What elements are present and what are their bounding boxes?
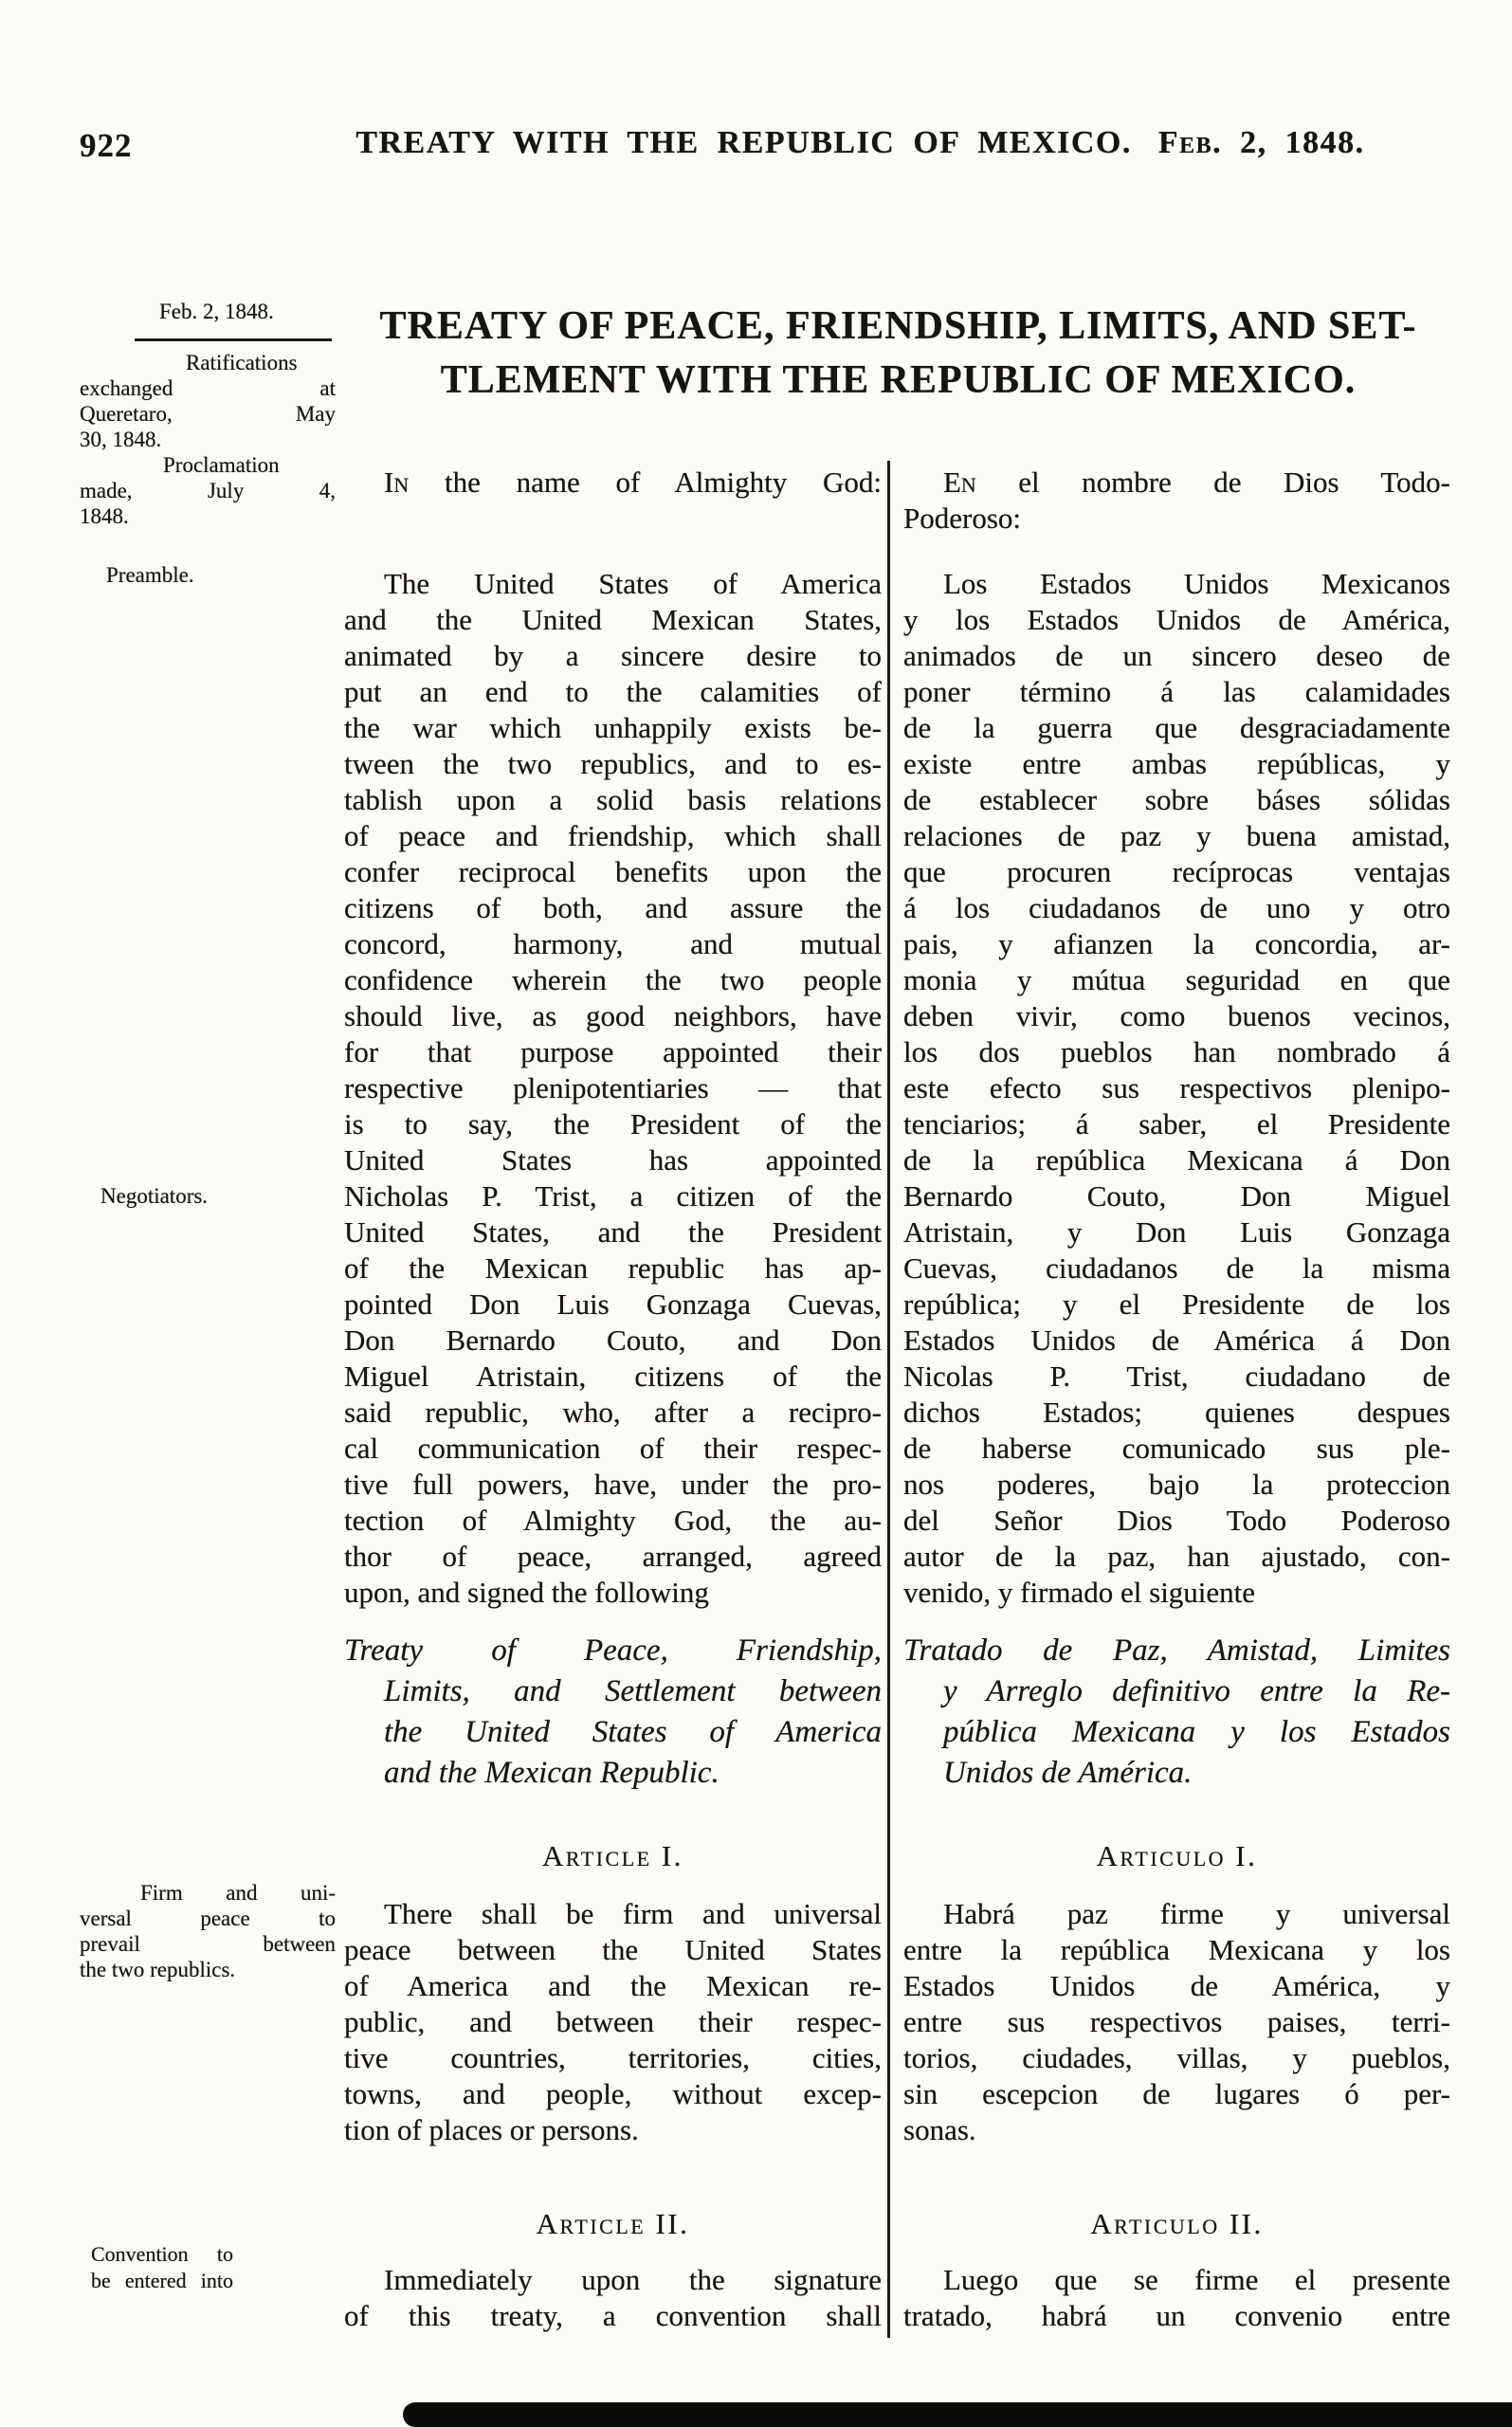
- text-line: of the Mexican republic has ap-: [344, 1250, 882, 1286]
- text-line: Don Bernardo Couto, and Don: [344, 1323, 882, 1359]
- text-line: There shall be firm and universal: [344, 1896, 882, 1932]
- text-line: Limits, and Settlement between: [344, 1671, 882, 1712]
- text-line: pointed Don Luis Gonzaga Cuevas,: [344, 1286, 882, 1323]
- text-line: tratado, habrá un convenio entre: [903, 2298, 1450, 2334]
- text-line: nos poderes, bajo la proteccion: [903, 1467, 1450, 1503]
- text-line: prevail between: [80, 1931, 336, 1957]
- text-line: de la república Mexicana á Don: [903, 1142, 1450, 1178]
- text-line: animated by a sincere desire to: [344, 638, 882, 674]
- text-line: peace between the United States: [344, 1932, 882, 1968]
- invocation-text: the name of Almighty God:: [409, 465, 882, 499]
- margin-label-preamble: Preamble.: [106, 562, 194, 588]
- invocation-text: el nombre de Dios Todo-: [976, 465, 1450, 499]
- text-line: confidence wherein the two people: [344, 962, 882, 998]
- text-line: confer reciprocal benefits upon the: [344, 854, 882, 890]
- text-line: tablish upon a solid basis relations: [344, 782, 882, 818]
- text-line: the two republics.: [80, 1957, 336, 1982]
- text-line: animados de un sincero deseo de: [903, 638, 1450, 674]
- running-header: TREATY WITH THE REPUBLIC OF MEXICO.Feb. …: [270, 125, 1450, 161]
- text-line: Estados Unidos de América, y: [903, 1968, 1450, 2004]
- text-line: que procuren recíprocas ventajas: [903, 854, 1450, 890]
- text-line: los dos pueblos han nombrado á: [903, 1034, 1450, 1070]
- treaty-title: TREATY OF PEACE, FRIENDSHIP, LIMITS, AND…: [341, 300, 1455, 408]
- text-line: should live, as good neighbors, have: [344, 998, 882, 1034]
- text-line: del Señor Dios Todo Poderoso: [903, 1503, 1450, 1539]
- text-line: tection of Almighty God, the au-: [344, 1503, 882, 1539]
- text-line: Ratifications: [80, 350, 336, 375]
- spanish-preamble-paragraph: Los Estados Unidos Mexicanosy los Estado…: [903, 566, 1450, 1611]
- english-treaty-subtitle: Treaty of Peace, Friendship,Limits, and …: [344, 1631, 882, 1794]
- text-line: sin escepcion de lugares ó per-: [903, 2076, 1450, 2112]
- text-line: thor of peace, arranged, agreed: [344, 1539, 882, 1575]
- scan-artifact-bar: [403, 2402, 1512, 2427]
- running-header-title: TREATY WITH THE REPUBLIC OF MEXICO.: [355, 125, 1132, 160]
- column-divider-rule: [887, 461, 890, 2338]
- text-line: TLEMENT WITH THE REPUBLIC OF MEXICO.: [341, 354, 1455, 408]
- text-line: 30, 1848.: [80, 427, 336, 452]
- text-line: autor de la paz, han ajustado, con-: [903, 1539, 1450, 1575]
- text-line: y Arreglo definitivo entre la Re-: [903, 1671, 1450, 1712]
- margin-rule: [135, 338, 332, 341]
- text-line: citizens of both, and assure the: [344, 890, 882, 926]
- spanish-article2-heading: Articulo II.: [903, 2207, 1450, 2241]
- text-line: respective plenipotentiaries — that: [344, 1070, 882, 1106]
- text-line: tion of places or persons.: [344, 2112, 882, 2148]
- text-line: tive full powers, have, under the pro-: [344, 1467, 882, 1503]
- margin-note-firm-peace: Firm and uni-versal peace toprevail betw…: [80, 1880, 336, 1982]
- text-line: monia y mútua seguridad en que: [903, 962, 1450, 998]
- text-line: TREATY OF PEACE, FRIENDSHIP, LIMITS, AND…: [341, 300, 1455, 354]
- text-line: Firm and uni-: [80, 1880, 336, 1906]
- text-line: Feb. 2, 1848.: [80, 299, 336, 324]
- text-line: entre sus respectivos paises, terri-: [903, 2004, 1450, 2040]
- english-invocation: In the name of Almighty God:: [344, 465, 882, 501]
- book-page: 922 TREATY WITH THE REPUBLIC OF MEXICO.F…: [0, 0, 1512, 2427]
- spanish-article1-paragraph: Habrá paz firme y universalentre la repú…: [903, 1896, 1450, 2148]
- text-line: Proclamation: [80, 452, 336, 478]
- spanish-treaty-subtitle: Tratado de Paz, Amistad, Limitesy Arregl…: [903, 1631, 1450, 1794]
- text-line: of America and the Mexican re-: [344, 1968, 882, 2004]
- text-line: United States, and the President: [344, 1214, 882, 1250]
- text-line: pais, y afianzen la concordia, ar-: [903, 926, 1450, 962]
- text-line: of this treaty, a convention shall: [344, 2298, 882, 2334]
- text-line: sonas.: [903, 2112, 1450, 2148]
- text-line: entre la república Mexicana y los: [903, 1932, 1450, 1968]
- text-line: Estados Unidos de América á Don: [903, 1323, 1450, 1359]
- text-line: y los Estados Unidos de América,: [903, 602, 1450, 638]
- text-line: república; y el Presidente de los: [903, 1286, 1450, 1323]
- text-line: de la guerra que desgraciadamente: [903, 710, 1450, 746]
- text-line: de establecer sobre báses sólidas: [903, 782, 1450, 818]
- text-line: este efecto sus respectivos plenipo-: [903, 1070, 1450, 1106]
- text-line: Nicholas P. Trist, a citizen of the: [344, 1178, 882, 1214]
- text-line: existe entre ambas repúblicas, y: [903, 746, 1450, 782]
- text-line: The United States of America: [344, 566, 882, 602]
- text-line: Habrá paz firme y universal: [903, 1896, 1450, 1932]
- text-line: be entered into: [91, 2268, 233, 2294]
- text-line: Luego que se firme el presente: [903, 2262, 1450, 2298]
- text-line: public, and between their respec-: [344, 2004, 882, 2040]
- text-line: relaciones de paz y buena amistad,: [903, 818, 1450, 854]
- text-line: put an end to the calamities of: [344, 674, 882, 710]
- text-line: Convention to: [91, 2241, 233, 2268]
- text-line: Miguel Atristain, citizens of the: [344, 1359, 882, 1395]
- text-line: tive countries, territories, cities,: [344, 2040, 882, 2076]
- margin-note-proclamation: Proclamationmade, July 4,1848.: [80, 452, 336, 529]
- text-line: Queretaro, May: [80, 401, 336, 427]
- invocation-lead-smallcaps: In: [384, 465, 409, 499]
- text-line: Immediately upon the signature: [344, 2262, 882, 2298]
- spanish-article2-paragraph: Luego que se firme el presentetratado, h…: [903, 2262, 1450, 2334]
- invocation-lead-smallcaps: En: [943, 465, 976, 499]
- text-line: and the United Mexican States,: [344, 602, 882, 638]
- running-header-date: Feb. 2, 1848.: [1158, 125, 1365, 160]
- text-line: and the Mexican Republic.: [344, 1753, 882, 1794]
- spanish-article1-heading: Articulo I.: [903, 1839, 1450, 1873]
- text-line: Unidos de América.: [903, 1753, 1450, 1794]
- text-line: the United States of America: [344, 1712, 882, 1753]
- english-article1-heading: Article I.: [344, 1839, 882, 1873]
- margin-note-convention: Convention tobe entered into: [91, 2241, 233, 2294]
- text-line: Cuevas, ciudadanos de la misma: [903, 1250, 1450, 1286]
- english-article1-paragraph: There shall be firm and universalpeace b…: [344, 1896, 882, 2148]
- text-line: said republic, who, after a recipro-: [344, 1395, 882, 1431]
- text-line: torios, ciudades, villas, y pueblos,: [903, 2040, 1450, 2076]
- text-line: Los Estados Unidos Mexicanos: [903, 566, 1450, 602]
- text-line: Tratado de Paz, Amistad, Limites: [903, 1631, 1450, 1671]
- page-number: 922: [80, 127, 133, 165]
- text-line: tween the two republics, and to es-: [344, 746, 882, 782]
- text-line: of peace and friendship, which shall: [344, 818, 882, 854]
- text-line: de haberse comunicado sus ple-: [903, 1431, 1450, 1467]
- text-line: Nicolas P. Trist, ciudadano de: [903, 1359, 1450, 1395]
- text-line: pública Mexicana y los Estados: [903, 1712, 1450, 1753]
- text-line: United States has appointed: [344, 1142, 882, 1178]
- text-line: Atristain, y Don Luis Gonzaga: [903, 1214, 1450, 1250]
- text-line: exchanged at: [80, 375, 336, 401]
- text-line: made, July 4,: [80, 478, 336, 503]
- text-line: Treaty of Peace, Friendship,: [344, 1631, 882, 1671]
- text-line: 1848.: [80, 503, 336, 529]
- margin-note-date: Feb. 2, 1848.: [80, 299, 336, 324]
- text-line: upon, and signed the following: [344, 1575, 882, 1611]
- english-article2-paragraph: Immediately upon the signatureof this tr…: [344, 2262, 882, 2334]
- text-line: tenciarios; á saber, el Presidente: [903, 1106, 1450, 1142]
- english-preamble-paragraph: The United States of Americaand the Unit…: [344, 566, 882, 1611]
- text-line: the war which unhappily exists be-: [344, 710, 882, 746]
- text-line: for that purpose appointed their: [344, 1034, 882, 1070]
- text-line: versal peace to: [80, 1906, 336, 1931]
- english-article2-heading: Article II.: [344, 2207, 882, 2241]
- text-line: Bernardo Couto, Don Miguel: [903, 1178, 1450, 1214]
- invocation-text-line2: Poderoso:: [903, 501, 1450, 537]
- spanish-invocation: En el nombre de Dios Todo- Poderoso:: [903, 465, 1450, 537]
- text-line: is to say, the President of the: [344, 1106, 882, 1142]
- text-line: concord, harmony, and mutual: [344, 926, 882, 962]
- text-line: poner término á las calamidades: [903, 674, 1450, 710]
- text-line: á los ciudadanos de uno y otro: [903, 890, 1450, 926]
- text-line: venido, y firmado el siguiente: [903, 1575, 1450, 1611]
- margin-label-negotiators: Negotiators.: [100, 1183, 208, 1209]
- text-line: dichos Estados; quienes despues: [903, 1395, 1450, 1431]
- margin-note-ratifications: Ratificationsexchanged atQueretaro, May3…: [80, 350, 336, 452]
- text-line: cal communication of their respec-: [344, 1431, 882, 1467]
- text-line: towns, and people, without excep-: [344, 2076, 882, 2112]
- text-line: deben vivir, como buenos vecinos,: [903, 998, 1450, 1034]
